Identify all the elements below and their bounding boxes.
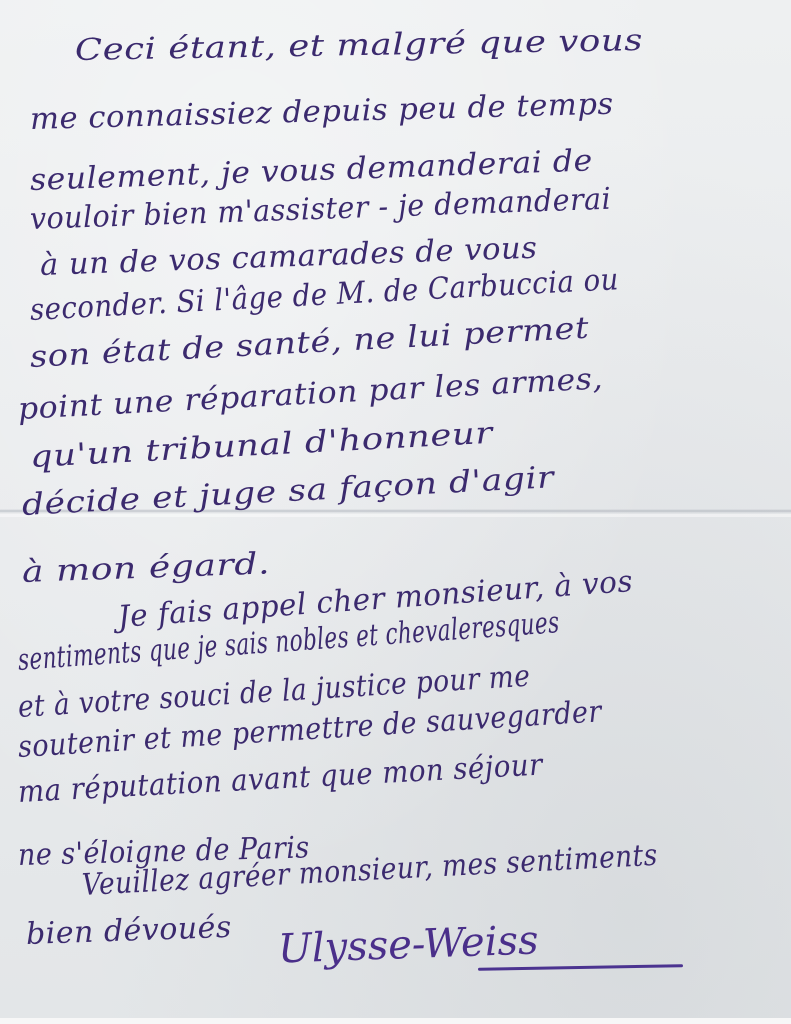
paper-bottom-edge [0, 1018, 791, 1024]
letter-line-19: bien dévoués [25, 910, 232, 952]
signature: Ulysse-Weiss [277, 917, 539, 972]
